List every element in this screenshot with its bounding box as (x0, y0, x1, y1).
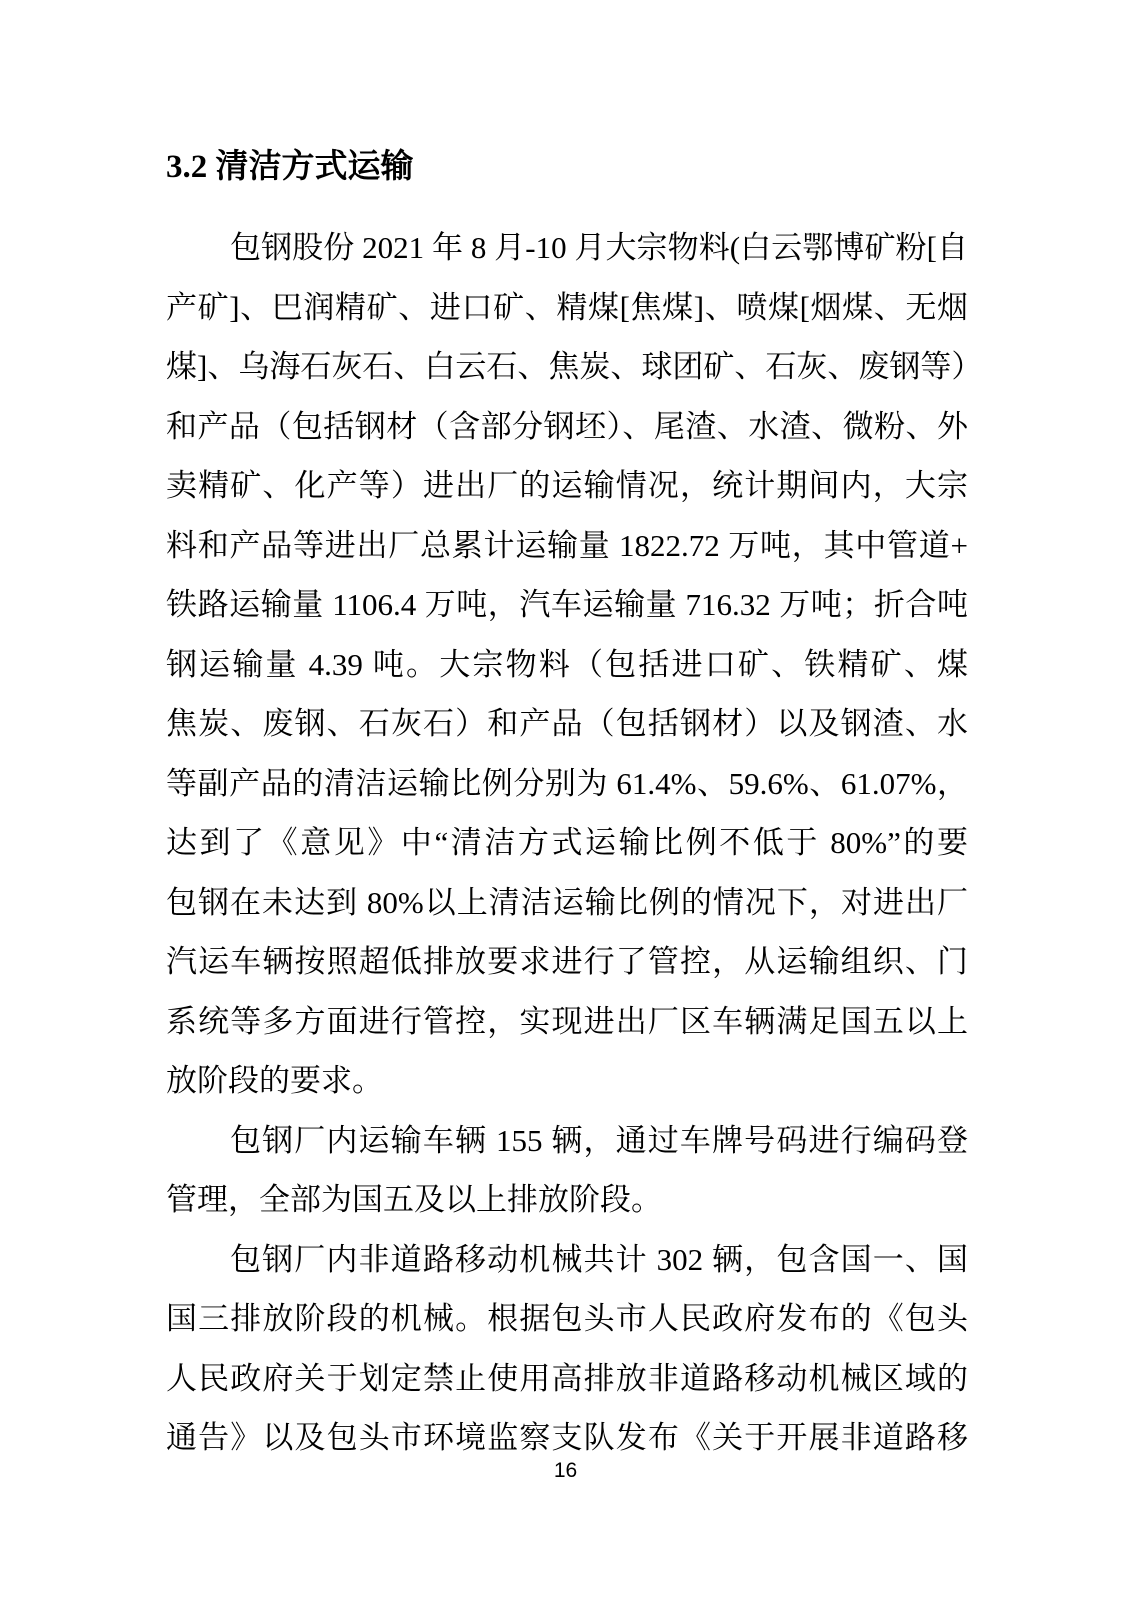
document-page: 3.2 清洁方式运输 包钢股份 2021 年 8 月-10 月大宗物料(白云鄂博… (0, 0, 1131, 1600)
text-line: 包钢厂内非道路移动机械共计 302 辆，包含国一、国二、 (166, 1230, 968, 1290)
text-line: 包钢股份 2021 年 8 月-10 月大宗物料(白云鄂博矿粉[自 (166, 218, 968, 278)
text-line: 等副产品的清洁运输比例分别为 61.4%、59.6%、61.07%，未 (166, 754, 968, 814)
text-line: 系统等多方面进行管控，实现进出厂区车辆满足国五以上排 (166, 992, 968, 1052)
text-line: 煤]、乌海石灰石、白云石、焦炭、球团矿、石灰、废钢等） (166, 337, 968, 397)
paragraph-2: 包钢厂内运输车辆 155 辆，通过车牌号码进行编码登记 管理，全部为国五及以上排… (166, 1111, 968, 1230)
page-number: 16 (0, 1456, 1131, 1486)
paragraph-3: 包钢厂内非道路移动机械共计 302 辆，包含国一、国二、 国三排放阶段的机械。根… (166, 1230, 968, 1468)
text-line: 卖精矿、化产等）进出厂的运输情况，统计期间内，大宗物 (166, 456, 968, 516)
text-line: 钢运输量 4.39 吨。大宗物料（包括进口矿、铁精矿、煤炭、 (166, 635, 968, 695)
text-line: 汽运车辆按照超低排放要求进行了管控，从运输组织、门禁 (166, 932, 968, 992)
text-line: 产矿]、巴润精矿、进口矿、精煤[焦煤]、喷煤[烟煤、无烟 (166, 278, 968, 338)
text-line: 达到了《意见》中“清洁方式运输比例不低于 80%”的要求。 (166, 813, 968, 873)
text-line: 包钢在未达到 80%以上清洁运输比例的情况下，对进出厂区 (166, 873, 968, 933)
text-line: 料和产品等进出厂总累计运输量 1822.72 万吨，其中管道+ (166, 516, 968, 576)
text-line: 管理，全部为国五及以上排放阶段。 (166, 1170, 968, 1230)
text-line: 国三排放阶段的机械。根据包头市人民政府发布的《包头市 (166, 1289, 968, 1349)
text-line: 放阶段的要求。 (166, 1051, 968, 1111)
page-content: 3.2 清洁方式运输 包钢股份 2021 年 8 月-10 月大宗物料(白云鄂博… (166, 148, 968, 1468)
text-line: 人民政府关于划定禁止使用高排放非道路移动机械区域的 (166, 1349, 968, 1409)
text-line: 和产品（包括钢材（含部分钢坯）、尾渣、水渣、微粉、外 (166, 397, 968, 457)
section-heading: 3.2 清洁方式运输 (166, 148, 968, 186)
text-line: 焦炭、废钢、石灰石）和产品（包括钢材）以及钢渣、水渣 (166, 694, 968, 754)
text-line: 铁路运输量 1106.4 万吨，汽车运输量 716.32 万吨；折合吨 (166, 575, 968, 635)
paragraph-1: 包钢股份 2021 年 8 月-10 月大宗物料(白云鄂博矿粉[自 产矿]、巴润… (166, 218, 968, 1111)
text-line: 包钢厂内运输车辆 155 辆，通过车牌号码进行编码登记 (166, 1111, 968, 1171)
